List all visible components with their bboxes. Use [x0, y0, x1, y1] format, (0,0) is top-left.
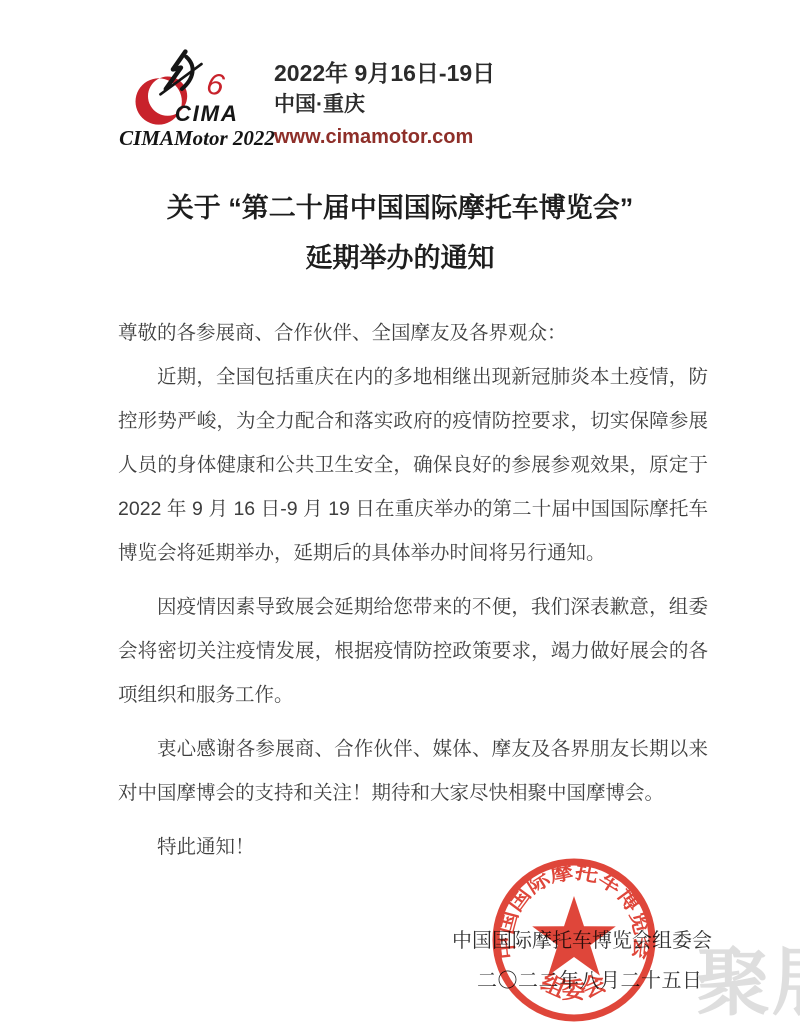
cima-logo: 6 CIMA	[122, 48, 272, 130]
notice-title: 关于 “第二十届中国国际摩托车博览会” 延期举办的通知	[0, 183, 800, 283]
paragraph-1: 近期，全国包括重庆在内的多地相继出现新冠肺炎本土疫情，防控形势严峻，为全力配合和…	[118, 355, 708, 575]
watermark: 聚展	[696, 946, 800, 1020]
event-location: 中国·重庆	[274, 93, 495, 117]
logo-wordmark: CIMAMotor 2022	[116, 126, 278, 151]
header-info: 2022年 9月16日-19日 中国·重庆 www.cimamotor.com	[274, 60, 495, 148]
notice-title-line2: 延期举办的通知	[0, 233, 800, 283]
notice-document-page: 6 CIMA CIMAMotor 2022 2022年 9月16日-19日 中国…	[0, 0, 800, 1033]
notice-title-line1: 关于 “第二十届中国国际摩托车博览会”	[0, 183, 800, 233]
notice-body: 尊敬的各参展商、合作伙伴、全国摩友及各界观众： 近期，全国包括重庆在内的多地相继…	[118, 311, 708, 869]
salutation: 尊敬的各参展商、合作伙伴、全国摩友及各界观众：	[118, 311, 708, 355]
rider-icon	[160, 52, 201, 95]
paragraph-2: 因疫情因素导致展会延期给您带来的不便，我们深表歉意，组委会将密切关注疫情发展，根…	[118, 585, 708, 717]
event-date: 2022年 9月16日-19日	[274, 60, 495, 86]
signature-date: 二〇二二年八月二十五日	[477, 964, 703, 993]
paragraph-3: 衷心感谢各参展商、合作伙伴、媒体、摩友及各界朋友长期以来对中国摩博会的支持和关注…	[118, 727, 708, 815]
logo-numeral: 6	[204, 67, 227, 103]
logo-cima-text: CIMA	[175, 101, 239, 126]
signature-org: 中国国际摩托车博览会组委会	[452, 924, 712, 953]
website-url: www.cimamotor.com	[274, 126, 495, 148]
closing-notice: 特此通知！	[118, 825, 708, 869]
